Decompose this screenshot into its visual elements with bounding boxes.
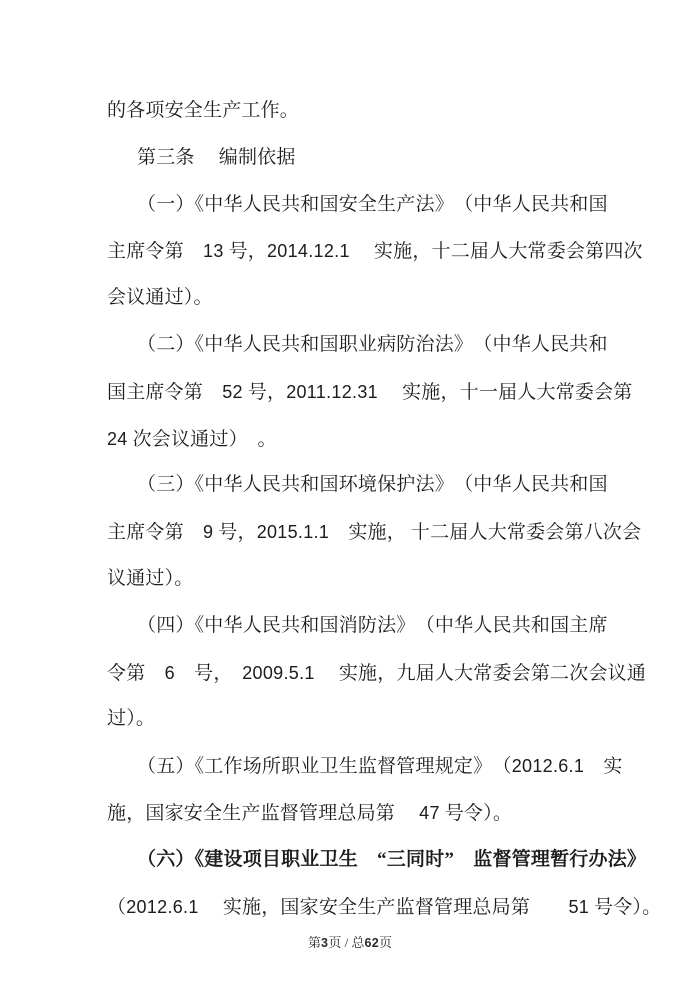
text-line: （四）《中华人民共和国消防法》 （中华人民共和国主席 [107, 603, 627, 650]
text-line: 议通过）。 [107, 556, 627, 603]
footer-page-suffix: 页 [379, 935, 392, 950]
text-line: 施，国家安全生产监督管理总局第 47 号令）。 [107, 790, 627, 837]
document-page: 的各项安全生产工作。 第三条 编制依据 （一）《中华人民共和国安全生产法》 （中… [0, 0, 700, 990]
text-line: 主席令第 9 号，2015.1.1 实施， 十二届人大常委会第八次会 [107, 509, 627, 556]
text-line: 令第 6 号， 2009.5.1 实施，九届人大常委会第二次会议通 [107, 650, 627, 697]
footer-separator: 页 / 总 [328, 935, 364, 950]
footer-total-pages: 62 [364, 936, 379, 950]
text-line: （二）《中华人民共和国职业病防治法》 （中华人民共和 [107, 322, 627, 369]
text-line: 会议通过）。 [107, 275, 627, 322]
text-line: （2012.6.1 实施，国家安全生产监督管理总局第 51 号令）。 [107, 884, 627, 931]
text-line: 24 次会议通过） 。 [107, 416, 627, 463]
text-line: 主席令第 13 号，2014.12.1 实施，十二届人大常委会第四次 [107, 228, 627, 275]
document-body: 的各项安全生产工作。 第三条 编制依据 （一）《中华人民共和国安全生产法》 （中… [107, 88, 627, 930]
text-line: 国主席令第 52 号，2011.12.31 实施，十一届人大常委会第 [107, 369, 627, 416]
text-line: 过）。 [107, 696, 627, 743]
text-line: （三）《中华人民共和国环境保护法》 （中华人民共和国 [107, 462, 627, 509]
text-line: 的各项安全生产工作。 [107, 88, 627, 135]
text-line: （一）《中华人民共和国安全生产法》 （中华人民共和国 [107, 182, 627, 229]
article-heading-line: 第三条 编制依据 [107, 135, 627, 182]
footer-page-prefix: 第 [308, 935, 321, 950]
page-number-footer: 第3页 / 总62页 [0, 934, 700, 952]
text-line: （六）《建设项目职业卫生 “三同时” 监督管理暂行办法》 [107, 837, 627, 884]
text-line: （五）《工作场所职业卫生监督管理规定》 （2012.6.1 实 [107, 743, 627, 790]
